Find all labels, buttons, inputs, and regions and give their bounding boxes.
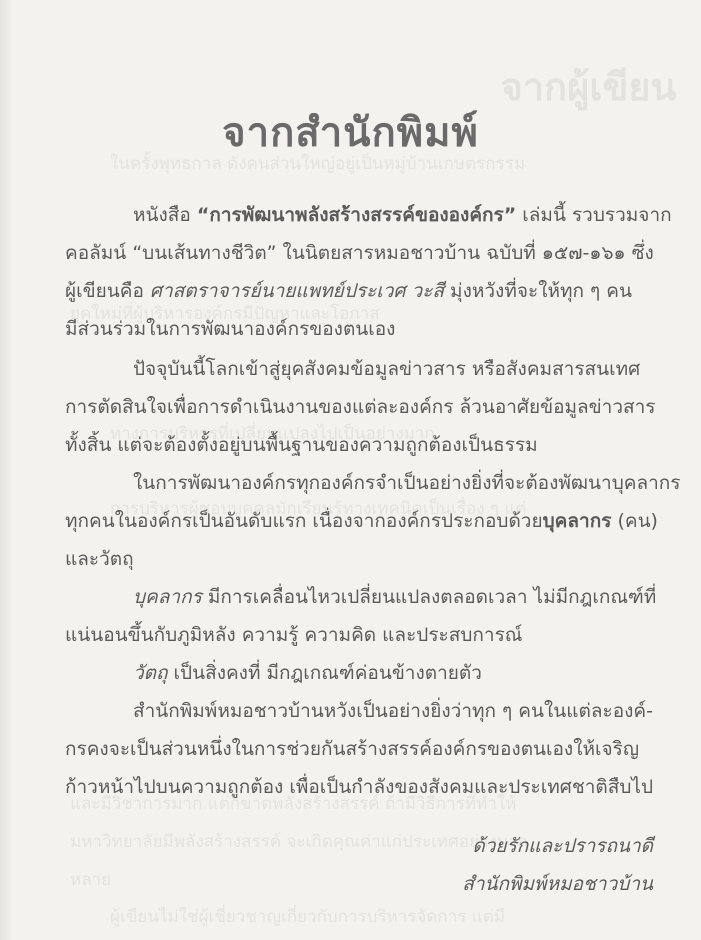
- closing-line: ด้วยรักและปรารถนาดี: [462, 827, 653, 865]
- paragraph-4-line-1: บุคลากร มีการเคลื่อนไหวเปลี่ยนแปลงตลอดเว…: [65, 578, 650, 616]
- book-title: “การพัฒนาพลังสร้างสรรค์ขององค์กร”: [197, 204, 516, 226]
- paragraph-2-line-3: ทั้งสิ้น แต่จะต้องตั้งอยู่บนพื้นฐานของคว…: [65, 426, 650, 464]
- paragraph-4-line-2: แน่นอนขึ้นกับภูมิหลัง ความรู้ ความคิด แล…: [65, 616, 650, 654]
- body-text: หนังสือ “การพัฒนาพลังสร้างสรรค์ขององค์กร…: [65, 196, 650, 806]
- paragraph-3-line-3: และวัตถุ: [65, 540, 650, 578]
- paragraph-1-line-3: ผู้เขียนคือ ศาสตราจารย์นายแพทย์ประเวศ วะ…: [65, 272, 650, 310]
- publisher-name: สำนักพิมพ์หมอชาวบ้าน: [462, 865, 653, 903]
- paragraph-5-line-1: วัตถุ เป็นสิ่งคงที่ มีกฎเกณฑ์ค่อนข้างตาย…: [65, 654, 650, 692]
- paragraph-2-line-1: ปัจจุบันนี้โลกเข้าสู่ยุคสังคมข้อมูลข่าวส…: [65, 350, 650, 388]
- paragraph-1-line-2: คอลัมน์ “บนเส้นทางชีวิต” ในนิตยสารหมอชาว…: [65, 234, 650, 272]
- book-page: จากผู้เขียน ในครั้งพุทธกาล ดังคนส่วนใหญ่…: [0, 0, 701, 940]
- paragraph-3-line-2: ทุกคนในองค์กรเป็นอันดับแรก เนื่องจากองค์…: [65, 502, 650, 540]
- paragraph-1-line-4: มีส่วนร่วมในการพัฒนาองค์กรของตนเอง: [65, 310, 650, 348]
- signature-block: ด้วยรักและปรารถนาดี สำนักพิมพ์หมอชาวบ้าน: [462, 827, 653, 903]
- author-name: ศาสตราจารย์นายแพทย์ประเวศ วะสี: [150, 280, 444, 302]
- paragraph-6-line-1: สำนักพิมพ์หมอชาวบ้านหวังเป็นอย่างยิ่งว่า…: [65, 692, 650, 730]
- paragraph-6-line-3: ก้าวหน้าไปบนความถูกต้อง เพื่อเป็นกำลังขอ…: [65, 768, 650, 806]
- paragraph-6-line-2: กรคงจะเป็นส่วนหนึ่งในการช่วยกันสร้างสรรค…: [65, 730, 650, 768]
- paragraph-3-line-1: ในการพัฒนาองค์กรทุกองค์กรจำเป็นอย่างยิ่ง…: [65, 464, 650, 502]
- page-heading: จากสำนักพิมพ์: [222, 110, 479, 156]
- paragraph-1-line-1: หนังสือ “การพัฒนาพลังสร้างสรรค์ขององค์กร…: [65, 196, 650, 234]
- bleed-through-line: หลาย: [70, 866, 111, 893]
- page-title: จากสำนักพิมพ์: [0, 100, 701, 164]
- bleed-through-line: ผู้เขียนไม่ใช่ผู้เชี่ยวชาญเกี่ยวกับการบร…: [110, 903, 505, 930]
- paragraph-2-line-2: การตัดสินใจเพื่อการดำเนินงานของแต่ละองค์…: [65, 388, 650, 426]
- bleed-through-line: มหาวิทยาลัยมีพลังสร้างสรรค์ จะเกิดคุณค่า…: [70, 828, 528, 855]
